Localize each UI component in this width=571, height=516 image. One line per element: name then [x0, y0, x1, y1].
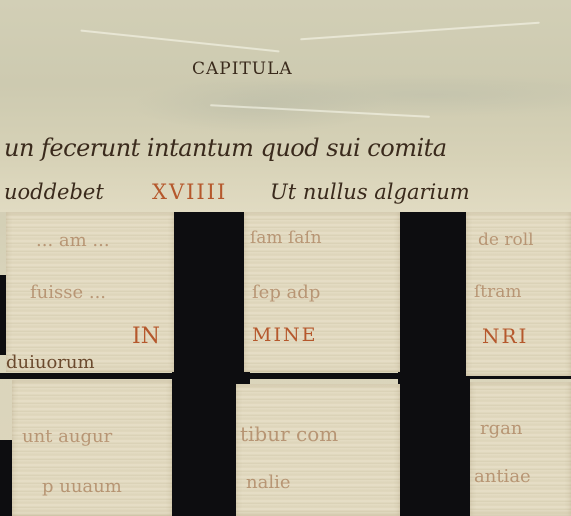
- text-line-2a: uoddebet: [4, 180, 104, 204]
- fragment-text: ... am ...: [36, 230, 110, 251]
- fragment-text: ſtram: [474, 282, 522, 302]
- fragment-text: nalie: [246, 472, 291, 493]
- backing-gap-bottom-left: [0, 440, 12, 516]
- fold-line: [80, 30, 279, 53]
- backing-gap-right: [398, 208, 470, 516]
- rubric-fragment: NRI: [482, 324, 528, 348]
- text-line-1: un fecerunt intantum quod sui comita: [4, 134, 447, 162]
- fragment-text: tibur com: [240, 422, 338, 446]
- strip-left-lower: unt augur p uuaum: [12, 380, 172, 516]
- rubric-fragment: MINE: [252, 324, 317, 346]
- strip-left-upper: ... am ... fuisse ... IN duiuorum: [6, 212, 174, 372]
- strip-middle-lower: tibur com nalie: [236, 384, 400, 516]
- fragment-text: ſam ſaſn: [250, 228, 322, 248]
- strip-right-lower: rgan antiae: [470, 382, 571, 516]
- strip-right-upper: de roll ſtram NRI: [466, 212, 571, 376]
- manuscript-photo: capitula un fecerunt intantum quod sui c…: [0, 0, 571, 516]
- fragment-text: unt augur: [22, 426, 112, 447]
- fragment-text: p uuaum: [42, 476, 122, 497]
- rubric-fragment: IN: [132, 324, 160, 349]
- fragment-text: duiuorum: [6, 352, 95, 373]
- fragment-text: ſep adp: [252, 282, 320, 303]
- fold-line: [210, 104, 430, 118]
- fragment-text: fuisse ...: [30, 282, 106, 303]
- fragment-text: de roll: [478, 230, 534, 250]
- strip-middle-upper: ſam ſaſn ſep adp MINE: [244, 212, 400, 372]
- heading-capitula: capitula: [192, 52, 293, 80]
- rubric-numeral: XVIIII: [152, 180, 227, 204]
- fold-line: [300, 22, 540, 41]
- text-line-2b: Ut nullus algarium: [270, 180, 470, 204]
- fragment-text: antiae: [474, 466, 531, 487]
- parchment-upper: capitula un fecerunt intantum quod sui c…: [0, 0, 571, 212]
- fragment-text: rgan: [480, 418, 522, 439]
